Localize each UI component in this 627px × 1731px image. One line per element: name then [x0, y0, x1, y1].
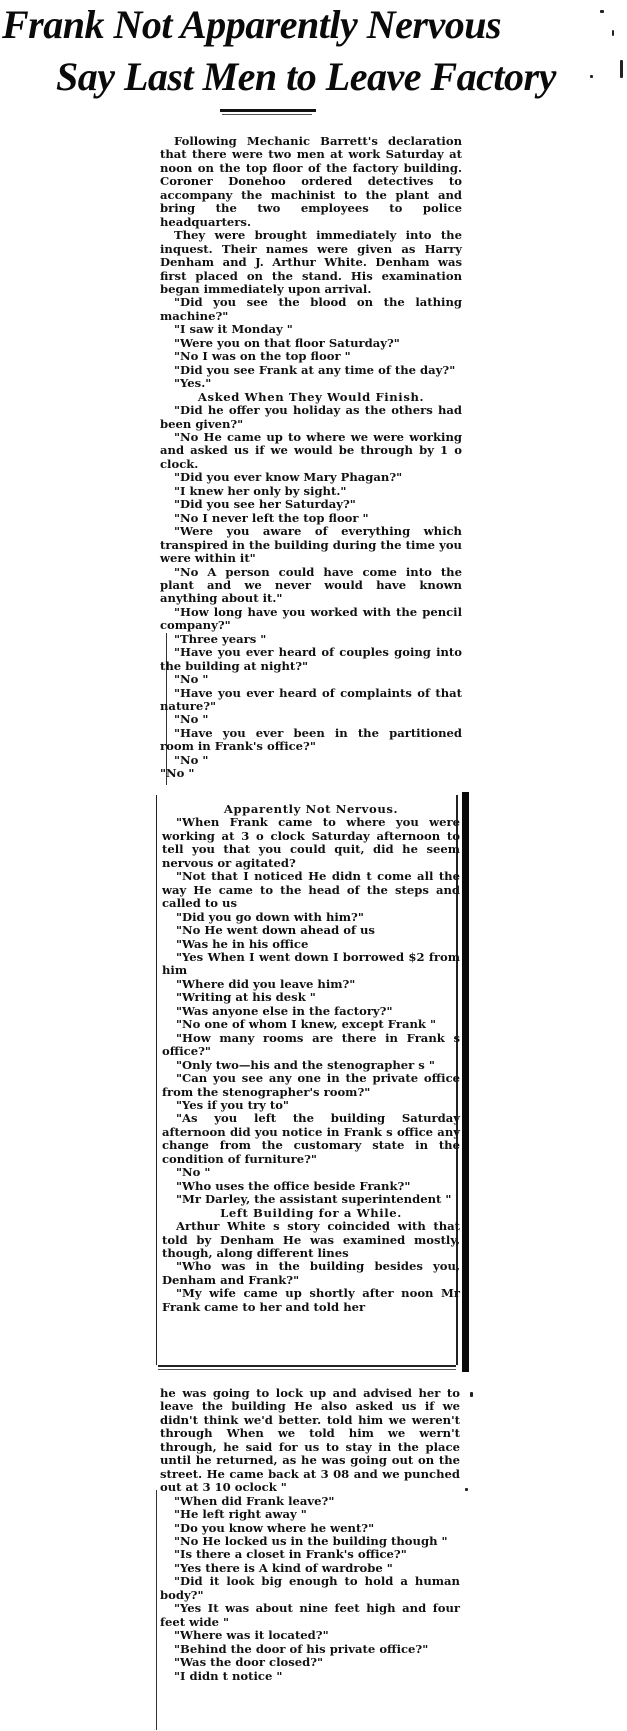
headline-line-1: Frank Not Apparently Nervous [2, 2, 501, 48]
paragraph: "Were you on that floor Saturday?" [160, 337, 462, 350]
paragraph: "Did you see Frank at any time of the da… [160, 364, 462, 377]
paragraph: "Do you know where he went?" [160, 1522, 460, 1535]
paragraph: "Can you see any one in the private offi… [162, 1072, 460, 1099]
paragraph: "No " [160, 673, 462, 686]
article-column-3: he was going to lock up and advised her … [160, 1387, 460, 1683]
paragraph: "My wife came up shortly after noon Mr F… [162, 1287, 460, 1314]
paragraph: "Was anyone else in the factory?" [162, 1005, 460, 1018]
subheading: Apparently Not Nervous. [162, 803, 460, 816]
paragraph: "Did you see her Saturday?" [160, 498, 462, 511]
article-column-1: Following Mechanic Barrett's declaration… [160, 135, 462, 781]
paragraph: They were brought immediately into the i… [160, 229, 462, 296]
paragraph: "Was he in his office [162, 938, 460, 951]
paragraph: "No A person could have come into the pl… [160, 566, 462, 606]
paragraph: "No He went down ahead of us [162, 924, 460, 937]
paragraph: "I didn t notice " [160, 1670, 460, 1683]
boxed-column-border-left [156, 795, 157, 1365]
column-border-left-lower [156, 1490, 157, 1730]
paragraph: "Three years " [160, 633, 462, 646]
paragraph: Arthur White s story coincided with that… [162, 1220, 460, 1260]
paragraph: "Who uses the office beside Frank?" [162, 1180, 460, 1193]
paragraph: "Have you ever heard of couples going in… [160, 646, 462, 673]
paragraph: "I knew her only by sight." [160, 485, 462, 498]
scan-speck [620, 60, 623, 78]
paragraph: "Only two—his and the stenographer s " [162, 1059, 460, 1072]
paragraph: "No I never left the top floor " [160, 512, 462, 525]
subheading: Left Building for a While. [162, 1207, 460, 1220]
paragraph: "Who was in the building besides you, De… [162, 1260, 460, 1287]
boxed-column-border-bottom-thin [158, 1369, 456, 1370]
paragraph: "No He came up to where we were working … [160, 431, 462, 471]
column-separator-bar [462, 792, 469, 1372]
boxed-column-border-bottom [158, 1365, 456, 1367]
headline-divider-rule-thin [222, 114, 312, 115]
paragraph: "No one of whom I knew, except Frank " [162, 1018, 460, 1031]
paragraph: "Not that I noticed He didn t come all t… [162, 870, 460, 910]
paragraph: "Yes It was about nine feet high and fou… [160, 1602, 460, 1629]
paragraph: "I saw it Monday " [160, 323, 462, 336]
paragraph: "Where did you leave him?" [162, 978, 460, 991]
paragraph: "Did he offer you holiday as the others … [160, 404, 462, 431]
paragraph: "When Frank came to where you were worki… [162, 816, 460, 870]
paragraph: "Did it look big enough to hold a human … [160, 1575, 460, 1602]
paragraph: "No " [162, 1166, 460, 1179]
paragraph: "Writing at his desk " [162, 991, 460, 1004]
paragraph: "He left right away " [160, 1508, 460, 1521]
paragraph: "Was the door closed?" [160, 1656, 460, 1669]
paragraph: "Have you ever been in the partitioned r… [160, 727, 462, 754]
paragraph: "Did you see the blood on the lathing ma… [160, 296, 462, 323]
scan-speck [600, 10, 604, 13]
paragraph: "How many rooms are there in Frank s off… [162, 1032, 460, 1059]
paragraph: "Did you ever know Mary Phagan?" [160, 471, 462, 484]
paragraph: "No " [160, 767, 462, 780]
headline-divider-rule [220, 109, 316, 112]
paragraph: Following Mechanic Barrett's declaration… [160, 135, 462, 229]
scan-speck [470, 1392, 473, 1397]
paragraph: "Were you aware of everything which tran… [160, 525, 462, 565]
paragraph: "Yes there is A kind of wardrobe " [160, 1562, 460, 1575]
paragraph: "Have you ever heard of complaints of th… [160, 687, 462, 714]
article-column-2-boxed: Apparently Not Nervous. "When Frank came… [162, 803, 460, 1314]
scan-speck [612, 30, 614, 36]
paragraph: "Yes if you try to" [162, 1099, 460, 1112]
paragraph: "Mr Darley, the assistant superintendent… [162, 1193, 460, 1206]
paragraph: "As you left the building Saturday after… [162, 1112, 460, 1166]
paragraph: "No I was on the top floor " [160, 350, 462, 363]
scan-speck [465, 1488, 468, 1491]
paragraph: "When did Frank leave?" [160, 1495, 460, 1508]
paragraph: "No He locked us in the building though … [160, 1535, 460, 1548]
paragraph: "How long have you worked with the penci… [160, 606, 462, 633]
paragraph: "Did you go down with him?" [162, 911, 460, 924]
headline-line-2: Say Last Men to Leave Factory [56, 54, 556, 100]
paragraph: "No " [160, 713, 462, 726]
scan-speck [590, 75, 593, 78]
paragraph: "Behind the door of his private office?" [160, 1643, 460, 1656]
paragraph: he was going to lock up and advised her … [160, 1387, 460, 1495]
subheading: Asked When They Would Finish. [160, 391, 462, 404]
paragraph: "No " [160, 754, 462, 767]
paragraph: "Is there a closet in Frank's office?" [160, 1548, 460, 1561]
paragraph: "Yes When I went down I borrowed $2 from… [162, 951, 460, 978]
paragraph: "Yes." [160, 377, 462, 390]
paragraph: "Where was it located?" [160, 1629, 460, 1642]
